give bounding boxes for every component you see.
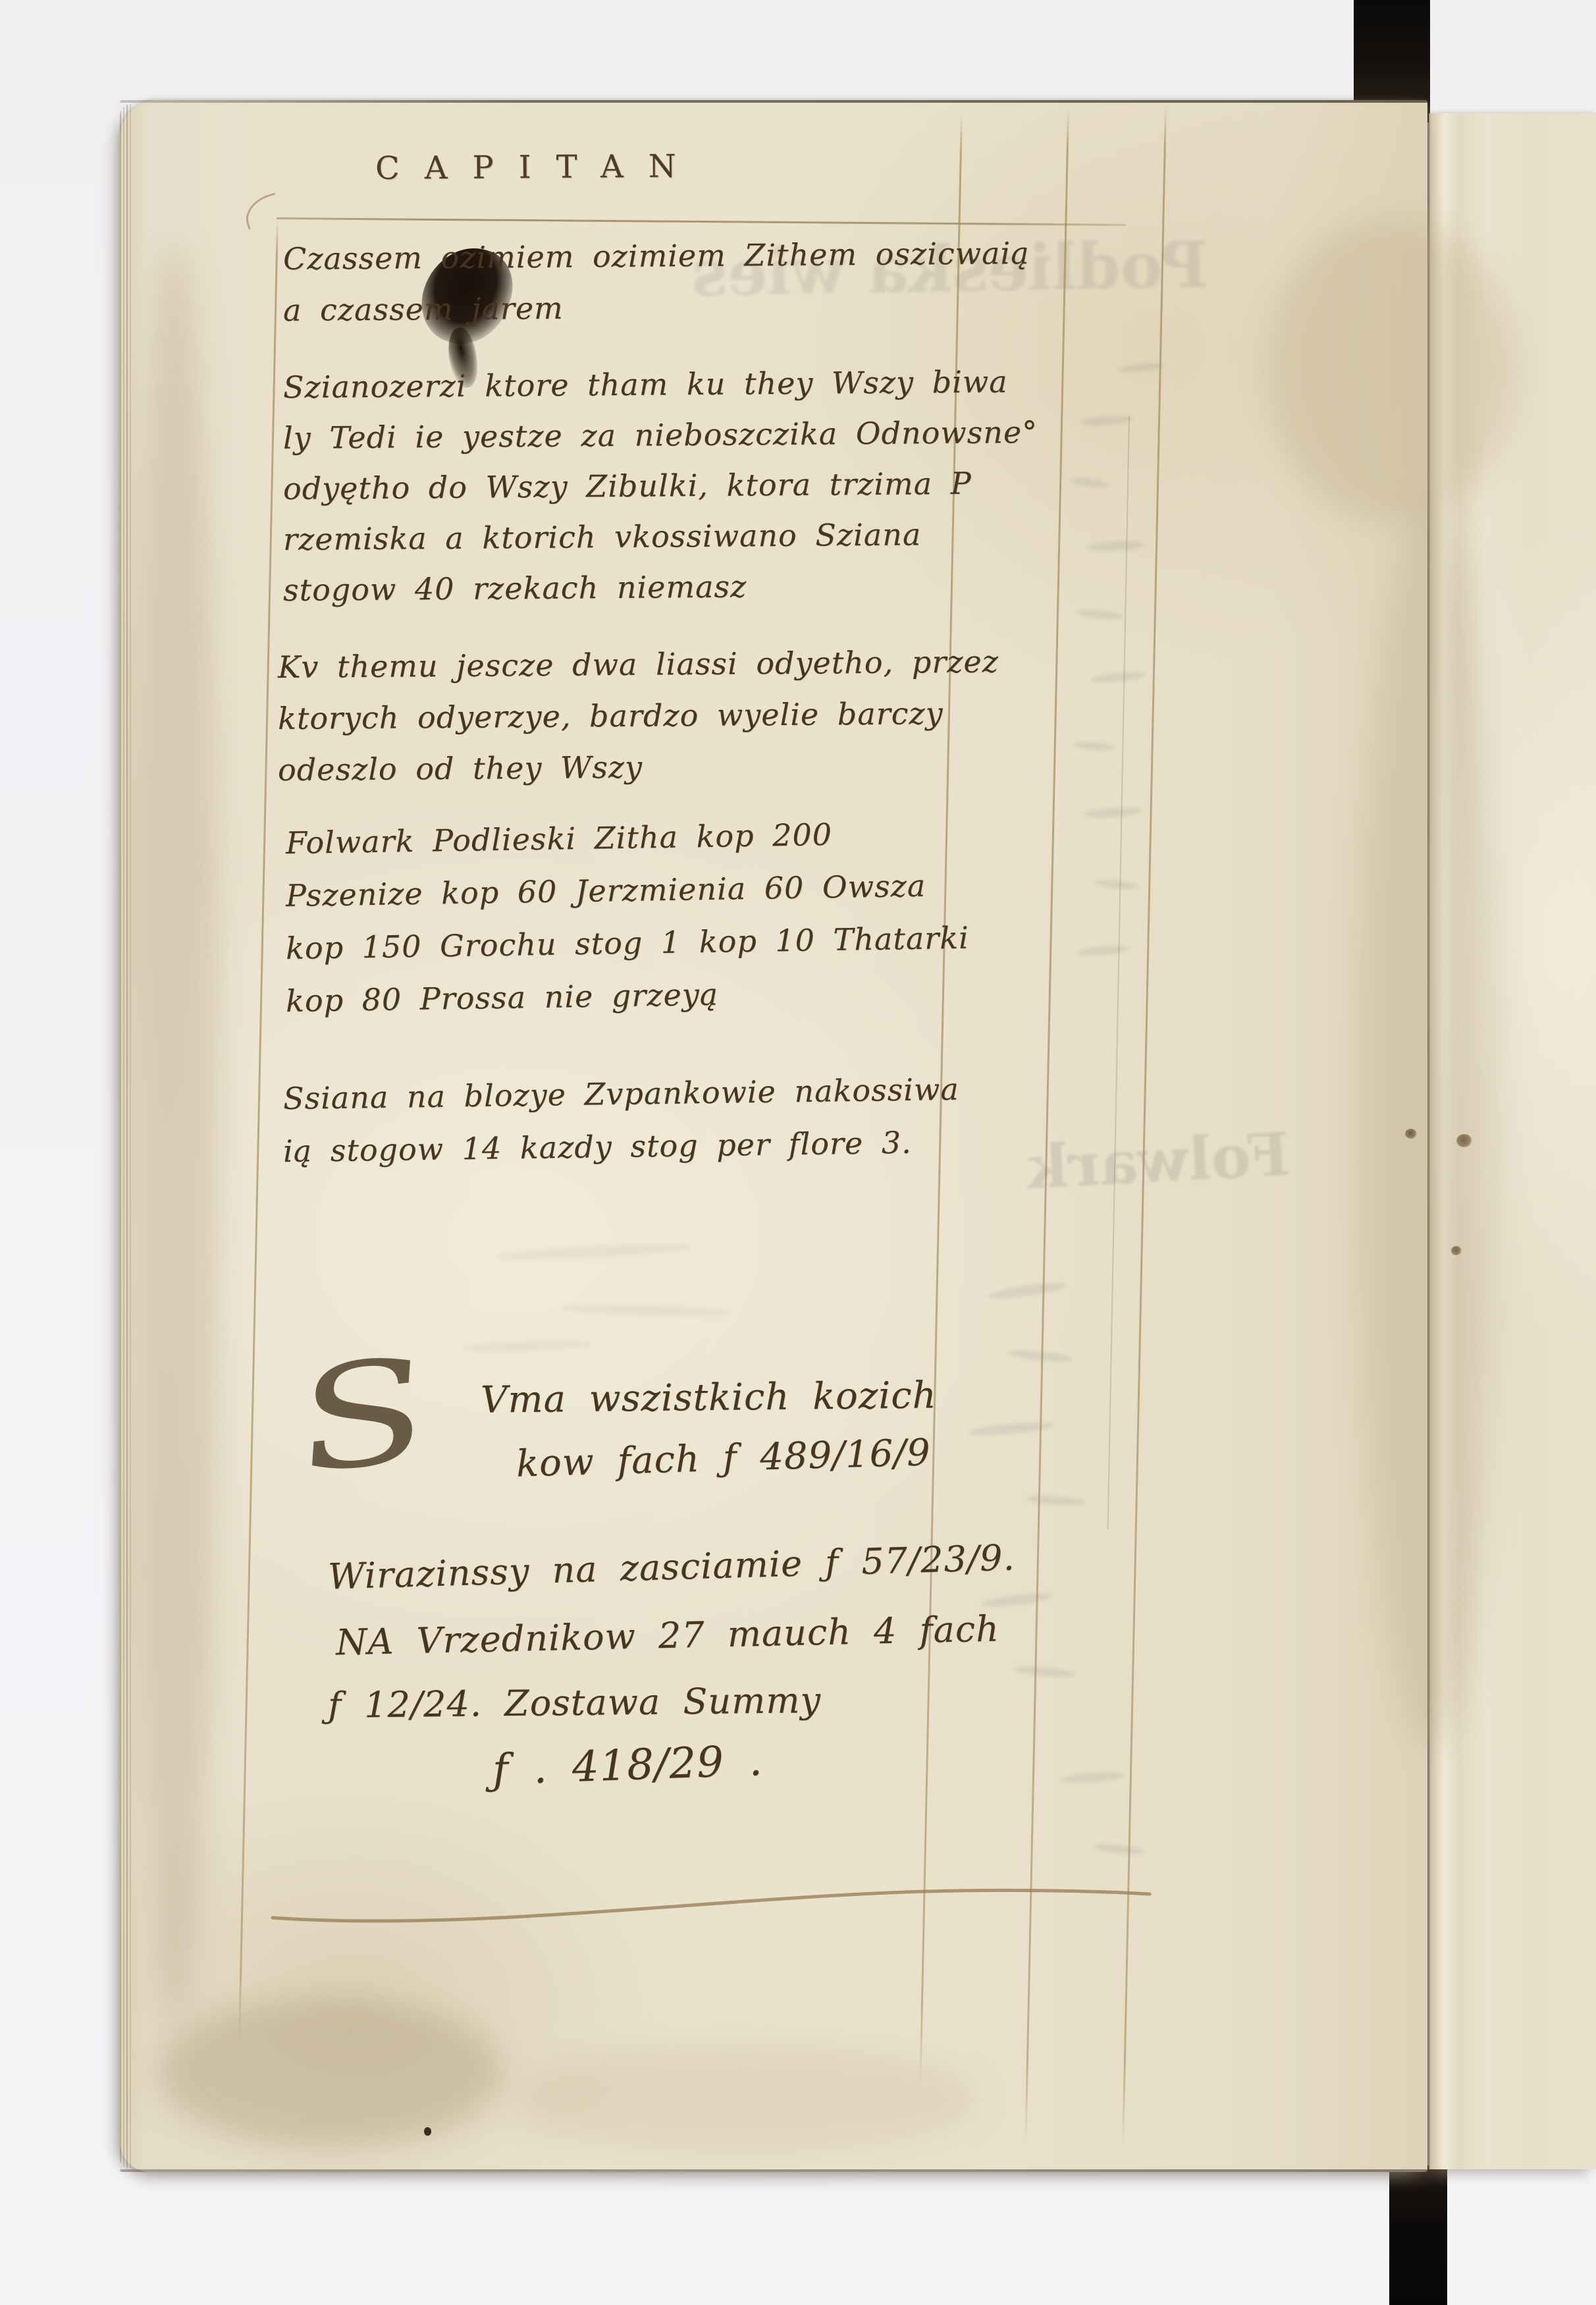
paper-stain: [515, 2043, 976, 2155]
ghost-numeral: [1077, 944, 1130, 958]
paragraph-3: Kv themu jescze dwa liassi odyetho, prze…: [278, 641, 999, 796]
summary-line: kow fach ƒ 489/16/9: [516, 1431, 931, 1486]
manuscript-line: ią stogow 14 kazdy stog per flore 3.: [282, 1116, 959, 1178]
ghost-mark: [1007, 1348, 1074, 1364]
ghost-mark: [1060, 1771, 1127, 1785]
page-stacked-edges: [120, 104, 131, 2168]
ghost-mark: [1093, 1843, 1146, 1856]
summary-line: ƒ 12/24. Zostawa Summy: [328, 1679, 822, 1726]
manuscript-line: ktorych odyerzye, bardzo wyelie barczy: [278, 687, 999, 744]
ghost-numeral: [1069, 476, 1109, 489]
ghost-numeral: [1086, 540, 1146, 553]
ruling-top-line: [277, 217, 1126, 226]
ruling-graphite-line: [1107, 416, 1130, 1529]
ghost-numeral: [1083, 806, 1142, 819]
manuscript-line: kop 80 Prossa nie grzeyą: [285, 964, 969, 1027]
ghost-mark: [1027, 1494, 1087, 1507]
summary-total: ƒ . 418/29 .: [492, 1737, 764, 1795]
page-bottom-edge: [120, 2169, 1427, 2172]
ghost-mark: [987, 1280, 1067, 1302]
ruling-bottom-line: [270, 1884, 1159, 1930]
summary-line: Vma wszistkich kozich: [481, 1374, 937, 1421]
page-top-edge: [120, 100, 1427, 103]
wormhole: [1405, 1129, 1417, 1139]
paper-stain: [1358, 495, 1503, 1747]
ghost-numeral: [1077, 609, 1123, 620]
ghost-numeral: [1093, 878, 1140, 890]
manuscript-line: Szianozerzi ktore tham ku they Wszy biwa: [283, 356, 1038, 413]
ghost-mark: [1014, 1665, 1077, 1679]
ghost-mark: [494, 1241, 692, 1263]
paper-stain: [159, 1997, 502, 2148]
manuscript-line: odyętho do Wszy Zibulki, ktora trzima P: [283, 458, 1038, 514]
manuscript-line: Kv themu jescze dwa liassi odyetho, prze…: [278, 636, 999, 693]
paragraph-1: Czassem ozimiem ozimiem Zithem oszicwaią…: [283, 233, 1030, 336]
manuscript-line: ly Tedi ie yestze za nieboszczika Odnows…: [283, 407, 1038, 464]
ghost-mark: [560, 1302, 731, 1318]
ghost-numeral: [1090, 670, 1146, 685]
ghost-numeral: [1073, 741, 1117, 752]
bleedthrough-text: Folwark: [1025, 1120, 1291, 1203]
page-header: CAPITAN: [375, 148, 701, 186]
paragraph-2: Szianozerzi ktore tham ku they Wszy biwa…: [283, 362, 1038, 616]
paper-stain: [132, 245, 217, 2023]
summary-line: NA Vrzednikow 27 mauch 4 fach: [335, 1608, 999, 1663]
ruling-left-line: [238, 219, 279, 2042]
paper-stain: [1265, 219, 1516, 522]
manuscript-line: a czassem jarem: [283, 279, 1030, 336]
summary-line: Wirazinssy na zasciamie ƒ 57/23/9.: [327, 1536, 1015, 1597]
paragraph-4: Folwark Podlieski Zitha kop 200 Pszenize…: [286, 817, 969, 1027]
manuscript-line: odeszlo od they Wszy: [278, 738, 999, 796]
paragraph-5: Ssiana na blozye Zvpankowie nakossiwa ią…: [283, 1072, 959, 1178]
ink-fleck: [424, 2127, 431, 2136]
manuscript-line: rzemiska a ktorich vkossiwano Sziana: [283, 508, 1038, 565]
manuscript-line: stogow 40 rzekach niemasz: [283, 559, 1038, 616]
manuscript-page: Podlieska wies Folwark CAPITAN Czassem o…: [120, 100, 1427, 2172]
ghost-mark: [461, 1340, 593, 1353]
manuscript-line: Czassem ozimiem ozimiem Zithem oszicwaią: [283, 227, 1030, 285]
bookmark-ribbon-bottom: [1389, 2165, 1447, 2305]
manuscript-line: Ssiana na blozye Zvpankowie nakossiwa: [282, 1063, 959, 1125]
ghost-mark: [980, 1590, 1053, 1609]
summary-flourish: S: [283, 1327, 444, 1504]
ghost-numeral: [1080, 414, 1133, 428]
